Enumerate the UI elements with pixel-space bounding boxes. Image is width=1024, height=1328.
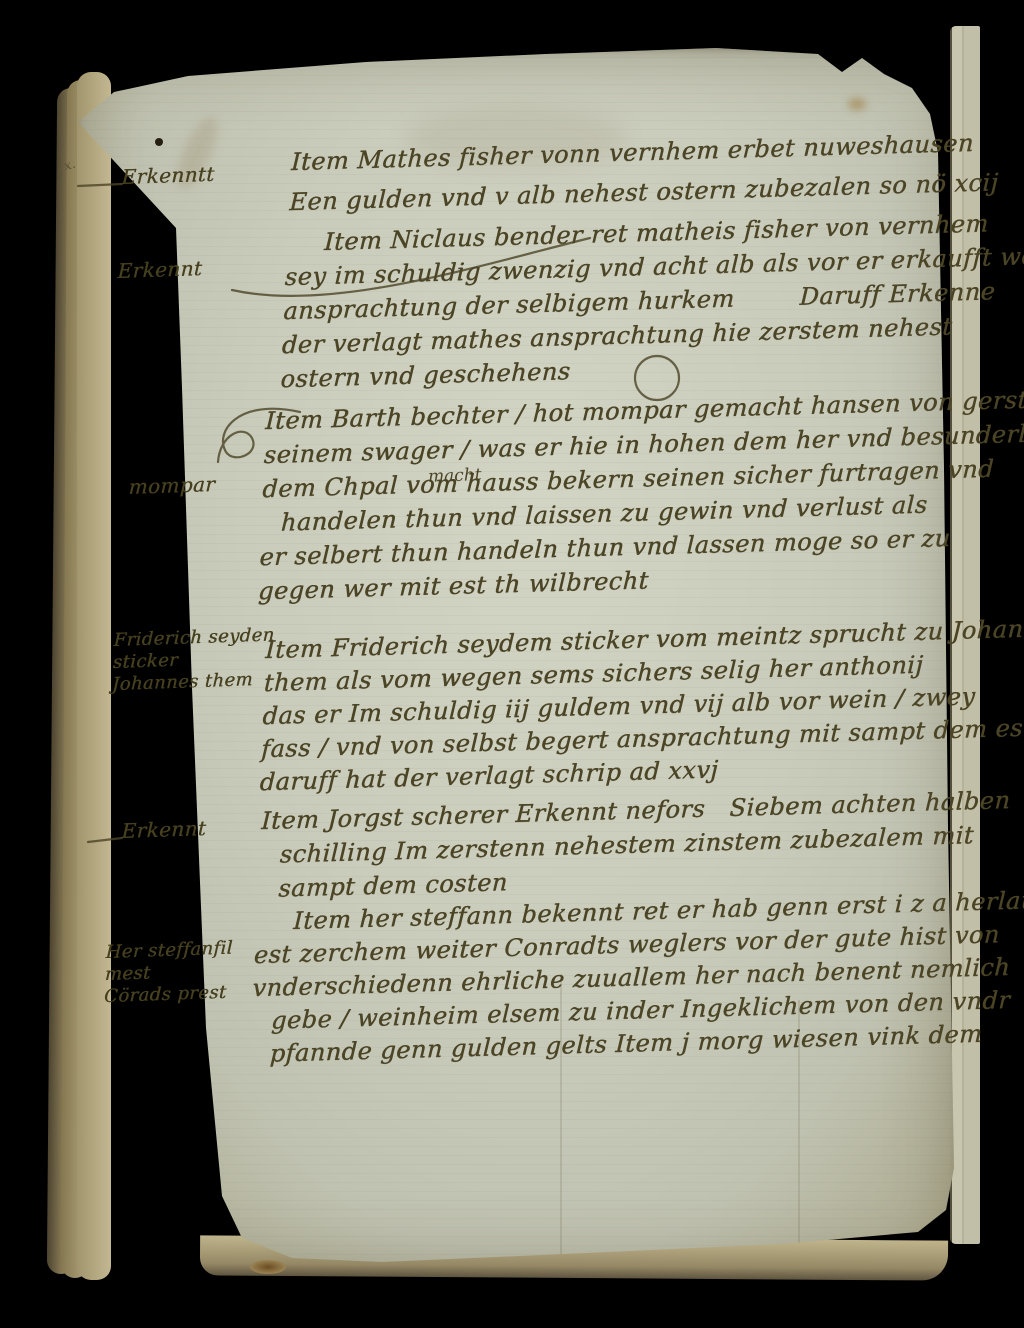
margin-note-line: Johannes them [112, 668, 274, 696]
margin-note-line: Her steffanfil [105, 938, 233, 964]
margin-note-line: Cörads prest [104, 982, 232, 1008]
margin-note-mompar: mompar [128, 473, 215, 499]
margin-note-erkennt-1: Erkenntt [121, 163, 215, 189]
margin-note-her-steffan: Her steffanfil mest Cörads prest [104, 938, 233, 1009]
margin-note-line: mompar [128, 473, 215, 499]
entry-2: Item Niclaus bender ret matheis fisher v… [280, 203, 1024, 396]
margin-note-erkennt-2: Erkennt [117, 257, 202, 283]
interlinear-insertion: macht [428, 465, 482, 487]
margin-note-friderich-seyden: Friderich seyden sticker Johannes them [112, 624, 275, 696]
handwritten-text-layer: x. Erkenntt Erkennt mompar Friderich sey… [0, 0, 1024, 1328]
corner-mark: x. [62, 157, 78, 175]
margin-note-line: Erkennt [117, 257, 202, 283]
entry-6: Item her steffann bekennt ret er hab gen… [249, 884, 1024, 1072]
entry-4: Item Friderich seydem sticker vom meintz… [259, 612, 1024, 800]
margin-note-line: Erkennt [121, 817, 206, 843]
margin-note-line: Erkenntt [121, 163, 215, 189]
margin-note-erkennt-3: Erkennt [121, 817, 206, 843]
entry-1: Item Mathes fisher vonn vernhem erbet nu… [289, 122, 1001, 222]
manuscript-photo: x. Erkenntt Erkennt mompar Friderich sey… [0, 0, 1024, 1328]
entry-3: Item Barth bechter / hot mompar gemacht … [257, 382, 1024, 609]
